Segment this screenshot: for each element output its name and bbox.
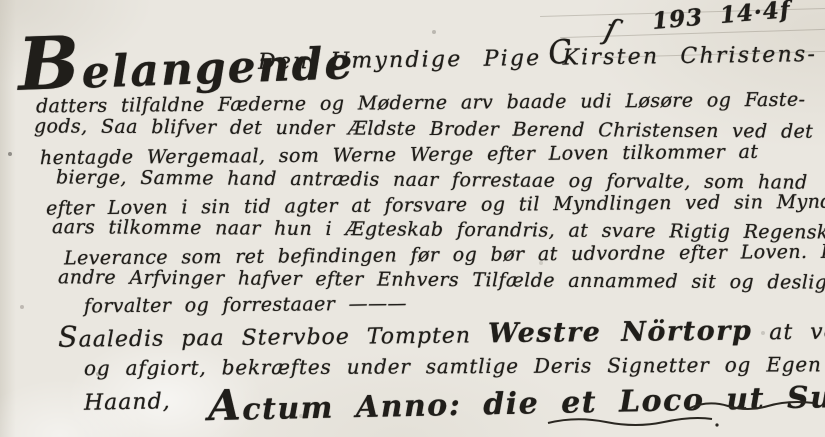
place-name: Westre Nörtorp [488,315,753,349]
manuscript-line: Leverance som ret befindingen før og bør… [64,243,825,269]
ink-dot [715,423,718,426]
corner-flourish: ſ [602,15,620,47]
folio-number: 193 14·4f [651,0,791,33]
manuscript-line: andre Arfvinger hafver efter Enhvers Til… [58,268,825,292]
manuscript-line: hentagde Wergemaal, som Werne Werge efte… [40,143,758,168]
manuscript-line: bierge, Samme hand antrædis naar forrest… [56,168,808,192]
flourish-line [688,398,818,414]
closing-post: at vere slutted [752,318,825,345]
manuscript-line: aars tilkomme naar hun i Ægteskab forand… [52,218,825,243]
manuscript-line: datters tilfaldne Fæderne og Møderne arv… [36,91,806,117]
closing-line: Saaledis paa Stervboe Tompten Westre Nör… [58,313,825,351]
hand-word: Haand, [84,391,171,415]
manuscript-line: forvalter og forrestaaer ——— [84,295,407,317]
manuscript-line: gods, Saa blifver det under Ældste Brode… [34,117,813,141]
ink-specks [0,0,2,2]
flourish-line [546,414,721,430]
heading-continuation: Den Umyndige Pige Kirsten Christens- [258,44,817,74]
manuscript-page: ſ 193 14·4f C Belangende Den Umyndige Pi… [0,0,825,437]
closing-pre: Saaledis paa Stervboe Tompten [58,323,488,353]
manuscript-line: efter Loven i sin tid agter at forsvare … [46,192,825,218]
